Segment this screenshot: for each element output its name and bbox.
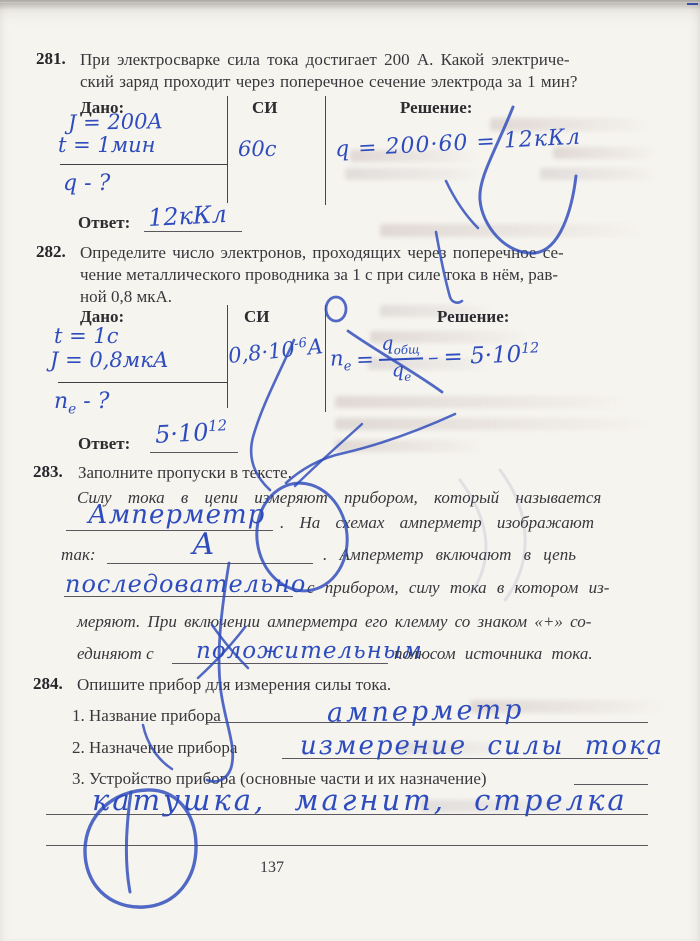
given-separator-line bbox=[60, 164, 227, 165]
hw-device-purpose: измерение силы тока bbox=[300, 733, 664, 759]
hw-si-value-281: 60с bbox=[238, 139, 276, 160]
hw-unknown-282: ne - ? bbox=[54, 391, 109, 417]
hw-sol-lhs: ne bbox=[330, 348, 352, 374]
hw-sol-result: = 5·1012 bbox=[443, 342, 540, 370]
pen-stroke bbox=[295, 424, 362, 486]
hw-answer-282: 5·1012 bbox=[154, 418, 228, 447]
scan-corner-mark bbox=[687, 3, 698, 5]
bleedthrough-mark bbox=[335, 396, 635, 408]
hw-sol-fraction: qобщ qе bbox=[378, 333, 424, 384]
task-283-after1: . На схемах амперметр изображают bbox=[280, 512, 594, 533]
hw-si-base: 0,8·10 bbox=[227, 337, 296, 368]
hw-given-time-282: t = 1c bbox=[54, 326, 119, 347]
task-283-lead2: так: bbox=[61, 544, 96, 565]
task-284-title: Опишите прибор для измерения силы тока. bbox=[77, 674, 391, 695]
task-282-si-label: СИ bbox=[244, 306, 270, 327]
hw-sol-dash: – bbox=[428, 347, 439, 368]
hw-given-time-281: t = 1мин bbox=[58, 135, 156, 156]
task-282-text-line1: Определите число электронов, проходящих … bbox=[80, 242, 564, 263]
task-282-text-line2: чение металлического проводника за 1 с п… bbox=[80, 264, 558, 285]
task-281-text-line2: ский заряд проходит через поперечное сеч… bbox=[80, 71, 577, 92]
hw-blank-series: последовательно bbox=[65, 572, 306, 596]
task-284-number: 284. bbox=[33, 674, 63, 694]
task-284-item1: 1. Название прибора bbox=[72, 705, 221, 726]
hw-blank-symbol-a: А bbox=[192, 530, 215, 560]
hw-si-value-282: 0,8·10-6А bbox=[227, 335, 324, 367]
task-283-fill-line4: меряют. При включении амперметра его кле… bbox=[77, 611, 591, 632]
hw-given-current-282: J = 0,8мкА bbox=[50, 350, 169, 371]
task-282-text-line3: ной 0,8 мкА. bbox=[80, 286, 172, 307]
hw-sol-denominator: qе bbox=[391, 359, 411, 383]
task-282-solution-label: Решение: bbox=[437, 306, 509, 327]
scan-edge-line bbox=[0, 2, 700, 3]
task-283-after2: . Амперметр включают в цепь bbox=[323, 544, 576, 565]
task-281-solution-label: Решение: bbox=[400, 97, 472, 118]
table-divider bbox=[325, 305, 326, 412]
hw-sol-numerator: qобщ bbox=[378, 333, 423, 360]
task-282-number: 282. bbox=[36, 242, 66, 262]
task-283-title: Заполните пропуски в тексте. bbox=[78, 462, 292, 483]
hw-solution-282: ne = qобщ qе – = 5·1012 bbox=[329, 329, 540, 385]
task-282-answer-label: Ответ: bbox=[78, 433, 130, 454]
answer-line-282 bbox=[150, 452, 238, 453]
blank-line-2 bbox=[107, 563, 313, 564]
table-divider bbox=[325, 96, 326, 205]
hw-device-name: амперметр bbox=[327, 696, 525, 726]
task-281-answer-label: Ответ: bbox=[78, 212, 130, 233]
task-283-number: 283. bbox=[33, 462, 63, 482]
blank-line-1 bbox=[66, 530, 273, 531]
hw-blank-ammeter: Амперметр bbox=[88, 502, 265, 528]
hw-si-unit: А bbox=[306, 334, 324, 360]
hw-given-current-281: J = 200A bbox=[68, 111, 163, 134]
hw-device-parts: катушка, магнит, стрелка bbox=[92, 786, 628, 815]
bleedthrough-mark bbox=[540, 168, 658, 180]
hw-unknown-tail: - ? bbox=[76, 389, 109, 414]
bleedthrough-mark bbox=[345, 168, 480, 180]
page-number: 137 bbox=[260, 857, 284, 878]
hw-answer-281: 12кКл bbox=[147, 202, 227, 230]
table-divider bbox=[227, 96, 228, 203]
workbook-page: 281. При электросварке сила тока достига… bbox=[0, 0, 700, 941]
task-281-text-line1: При электросварке сила тока достигает 20… bbox=[80, 49, 570, 70]
given-separator-line bbox=[58, 382, 227, 383]
pen-circle-mark bbox=[326, 297, 346, 321]
answer-line-full-2 bbox=[46, 845, 648, 846]
task-284-item2: 2. Назначение прибора bbox=[72, 737, 237, 758]
bleedthrough-mark bbox=[380, 224, 648, 237]
task-281-number: 281. bbox=[36, 49, 66, 69]
task-281-si-label: СИ bbox=[252, 97, 278, 118]
bleedthrough-mark bbox=[335, 418, 653, 430]
hw-unknown-base: n bbox=[54, 389, 68, 414]
hw-unknown-281: q - ? bbox=[63, 173, 110, 195]
bleedthrough-mark bbox=[335, 440, 485, 452]
task-283-after5: полюсом источника тока. bbox=[394, 643, 593, 664]
task-283-lead5: единяют с bbox=[77, 643, 154, 664]
task-283-after3: с прибором, силу тока в котором из- bbox=[307, 577, 609, 598]
hw-blank-positive: положительным bbox=[196, 640, 423, 663]
pen-stroke bbox=[446, 181, 478, 228]
hw-sol-equals: = bbox=[356, 349, 374, 371]
